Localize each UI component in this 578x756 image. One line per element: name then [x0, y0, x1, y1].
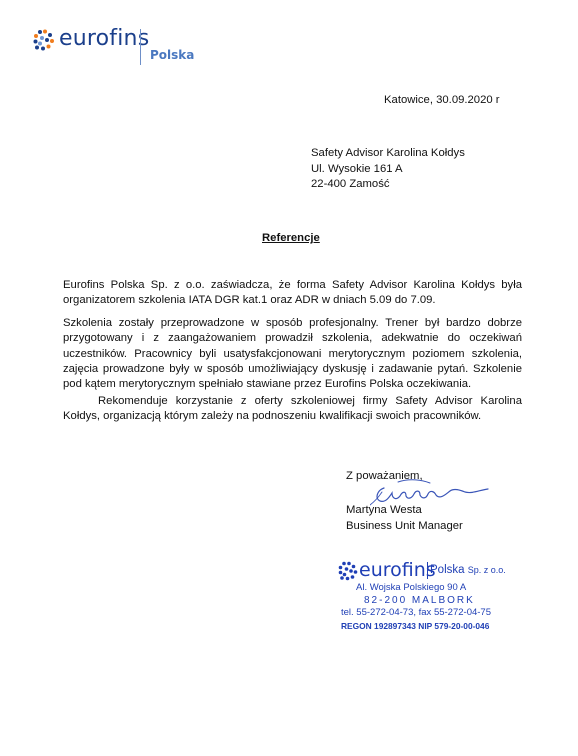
- recipient-name: Safety Advisor Karolina Kołdys: [311, 146, 465, 162]
- stamp-city: 82-200 MALBORK: [338, 595, 508, 608]
- stamp-address: Al. Wojska Polskiego 90 A: [338, 582, 508, 595]
- brand-subtitle: Polska: [150, 48, 194, 62]
- stamp-dots-icon: [338, 561, 358, 581]
- logo-divider: [140, 29, 141, 65]
- signer-role: Business Unit Manager: [346, 519, 463, 535]
- stamp-phone: tel. 55-272-04-73, fax 55-272-04-75: [338, 607, 508, 620]
- letter-date: Katowice, 30.09.2020 r: [384, 93, 500, 108]
- paragraph-3: Rekomenduje korzystanie z oferty szkolen…: [63, 394, 522, 425]
- company-stamp: eurofins Polska Sp. z o.o. Al. Wojska Po…: [338, 560, 508, 632]
- stamp-company: Polska Sp. z o.o.: [430, 564, 506, 576]
- stamp-brand: eurofins: [359, 559, 436, 581]
- stamp-divider: [427, 562, 428, 579]
- paragraph-2: Szkolenia zostały przeprowadzone w sposó…: [63, 316, 522, 392]
- recipient-street: Ul. Wysokie 161 A: [311, 162, 465, 178]
- letter-title: Referencje: [262, 231, 320, 246]
- recipient-city: 22-400 Zamość: [311, 177, 465, 193]
- stamp-company-suffix: Sp. z o.o.: [468, 565, 506, 575]
- brand-name: eurofins: [59, 26, 149, 52]
- signature-icon: [370, 476, 490, 506]
- stamp-ids: REGON 192897343 NIP 579-20-00-046: [338, 620, 508, 633]
- signer-name: Martyna Westa: [346, 503, 463, 519]
- eurofins-dots-icon: [33, 29, 55, 51]
- paragraph-1: Eurofins Polska Sp. z o.o. zaświadcza, ż…: [63, 278, 522, 309]
- recipient-address: Safety Advisor Karolina Kołdys Ul. Wysok…: [311, 146, 465, 193]
- stamp-company-name: Polska: [430, 564, 465, 576]
- signer-block: Martyna Westa Business Unit Manager: [346, 503, 463, 534]
